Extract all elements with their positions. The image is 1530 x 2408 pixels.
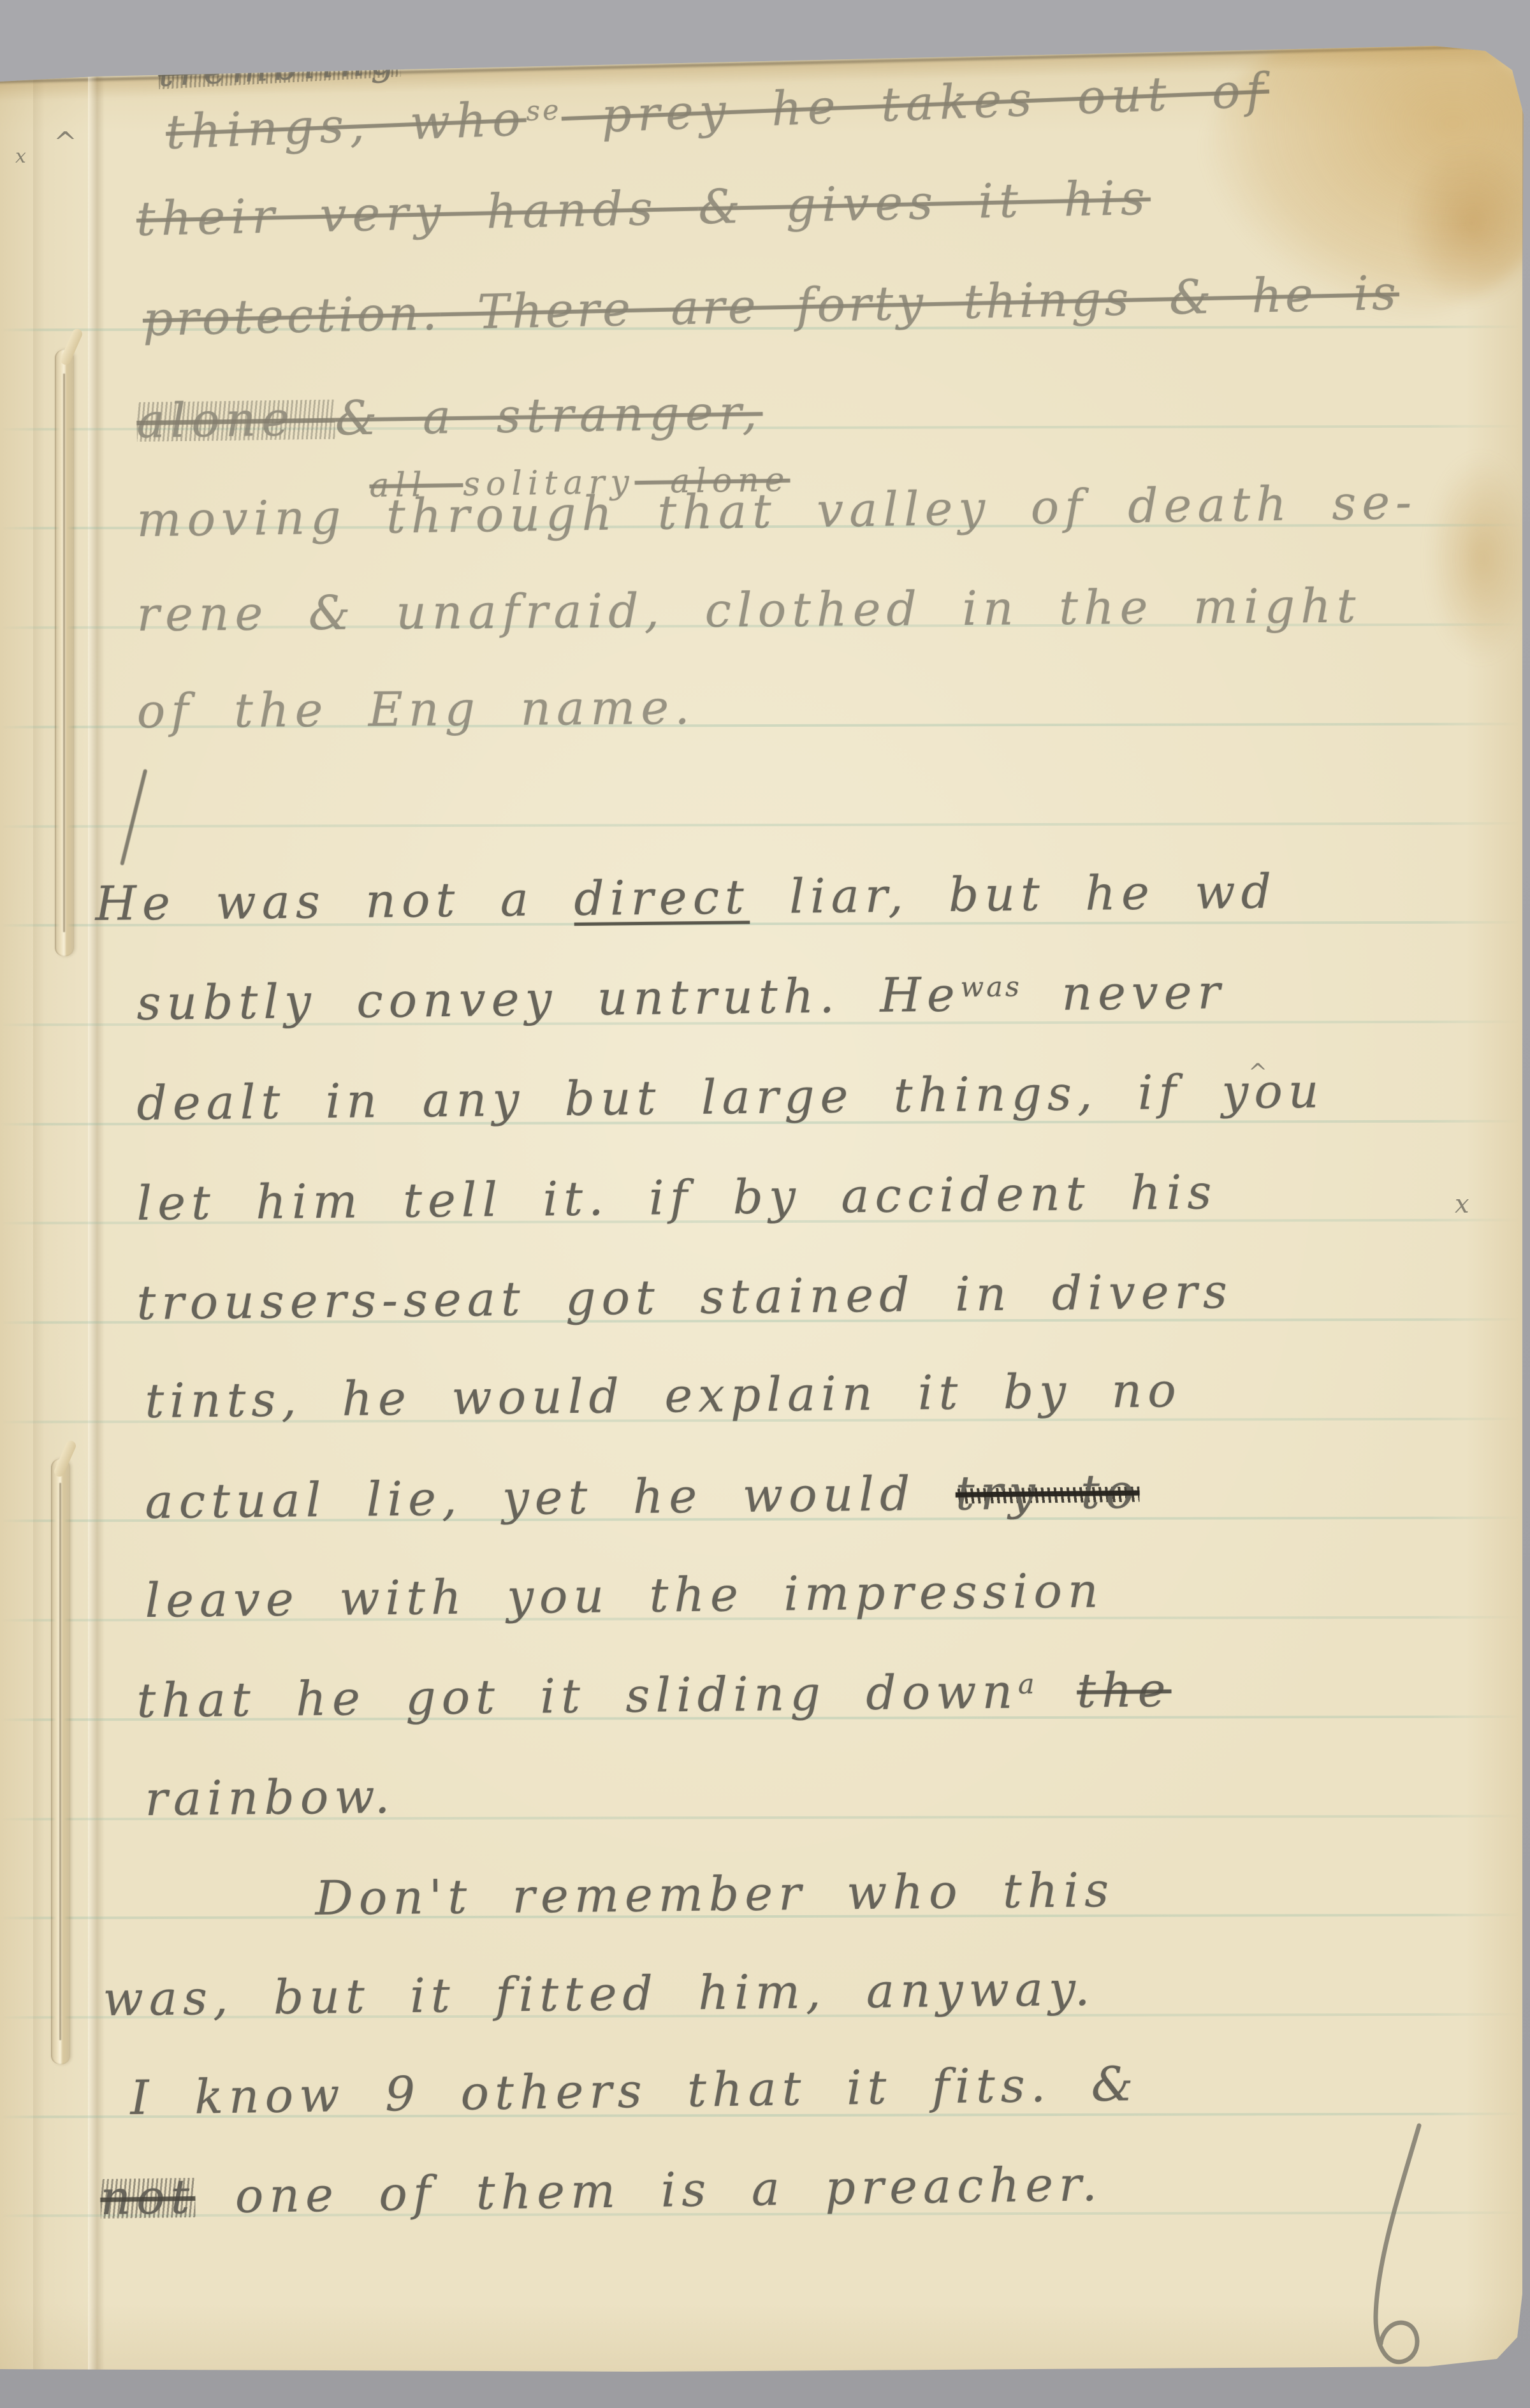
line-i-know-9-others: I know 9 others that it fits. & xyxy=(130,2055,1139,2128)
line-their-very-hands: their very hands & gives it his xyxy=(136,169,1151,249)
line-subtly-convey-untruth: subtly convey untruth. Hewas never xyxy=(136,963,1226,1033)
line-alone-stranger: alone & a stranger, xyxy=(136,383,763,451)
text-segment: things, who xyxy=(165,91,528,160)
text-segment: alone xyxy=(136,391,335,449)
line-rene-unafraid: rene & unafraid, clothed in the might xyxy=(136,577,1361,645)
text-segment: protection. xyxy=(142,286,441,347)
text-segment: tints, he would explain it by no xyxy=(145,1363,1182,1429)
text-segment: He was not a xyxy=(95,872,574,931)
text-segment: prey he takes out of xyxy=(560,63,1270,145)
text-segment: never xyxy=(1022,965,1227,1021)
text-segment: one of them is a preacher. xyxy=(195,2157,1104,2224)
line-dont-remember: Don't remember who this xyxy=(315,1861,1115,1929)
line-trousers-seat: trousers-seat got stained in divers xyxy=(136,1262,1233,1333)
line-leave-impression: leave with you the impression xyxy=(145,1561,1104,1630)
line-rainbow: rainbow. xyxy=(145,1767,396,1829)
text-segment: let him tell it. if by accident his xyxy=(136,1165,1218,1231)
text-segment: was xyxy=(960,970,1022,1005)
text-segment: a xyxy=(1018,1668,1037,1702)
line-one-of-them-preacher: not one of them is a preacher. xyxy=(100,2155,1104,2228)
text-segment: actual lie, yet he would xyxy=(145,1466,956,1529)
paragraph-slash-mark xyxy=(120,769,147,866)
text-segment: dealt in any but large things, if you xyxy=(136,1063,1325,1131)
line-protection-forty-things: protection. There are forty things & he … xyxy=(142,264,1400,349)
text-segment: not xyxy=(100,2170,196,2226)
manuscript-text-layer: tremblingthings, whose prey he takes out… xyxy=(0,45,1522,2373)
line-tints-explain: tints, he would explain it by no xyxy=(145,1361,1182,1431)
text-segment: rene & unafraid, clothed in the might xyxy=(136,579,1361,642)
text-segment: Don't remember who this xyxy=(315,1863,1114,1926)
text-segment: leave with you the impression xyxy=(145,1563,1104,1628)
text-segment: subtly convey untruth. He xyxy=(136,967,961,1031)
text-segment: & a stranger, xyxy=(335,385,763,446)
deleted-word-trembling: trembling xyxy=(157,37,401,98)
text-segment: & gives it his xyxy=(697,171,1151,235)
text-segment: trembling xyxy=(157,38,401,96)
line-sliding-down-rainbow: that he got it sliding downa the xyxy=(136,1661,1172,1730)
text-segment: se xyxy=(525,94,562,129)
caret-insertion-mark: ^ xyxy=(54,126,77,159)
text-segment: moving through that valley of death se- xyxy=(136,475,1418,548)
x-editorial-mark: x xyxy=(1455,1190,1469,1219)
x-editorial-mark: x xyxy=(15,145,26,168)
line-actual-lie: actual lie, yet he would try to xyxy=(145,1463,1140,1532)
text-segment: trousers-seat got stained in divers xyxy=(136,1264,1233,1331)
text-segment: I know 9 others that it fits. & xyxy=(130,2057,1139,2126)
text-segment: the xyxy=(1077,1663,1172,1719)
line-moving-through-valley: moving through that valley of death se- xyxy=(136,473,1418,550)
text-segment: try to xyxy=(955,1464,1140,1521)
scanned-photo-backdrop: { "scene": { "backdrop_color": "#a3a3a7"… xyxy=(0,0,1530,2408)
text-segment: of the Eng name. xyxy=(136,680,696,739)
line-was-but-it-fitted: was, but it fitted him, anyway. xyxy=(103,1960,1096,2029)
paragraph-flourish-mark xyxy=(1294,2117,1473,2397)
text-segment: that he got it sliding down xyxy=(136,1665,1019,1728)
text-segment: liar, but he wd xyxy=(749,865,1277,925)
text-segment: was, but it fitted him, anyway. xyxy=(103,1962,1096,2027)
notebook-page: tremblingthings, whose prey he takes out… xyxy=(0,45,1522,2373)
line-he-was-not-direct-liar: He was not a direct liar, but he wd xyxy=(95,863,1277,934)
line-dealt-large-things: dealt in any but large things, if you xyxy=(136,1062,1325,1133)
line-let-him-tell-it: let him tell it. if by accident his xyxy=(136,1163,1218,1233)
text-segment xyxy=(1037,1664,1077,1719)
text-segment: direct xyxy=(574,870,750,926)
text-segment: rainbow. xyxy=(145,1769,396,1827)
text-segment: their very hands xyxy=(136,180,699,247)
caret-insertion-mark: ^ xyxy=(1248,1060,1267,1086)
line-of-the-eng-name: of the Eng name. xyxy=(136,678,696,741)
text-segment: There are forty things & he is xyxy=(439,266,1399,340)
